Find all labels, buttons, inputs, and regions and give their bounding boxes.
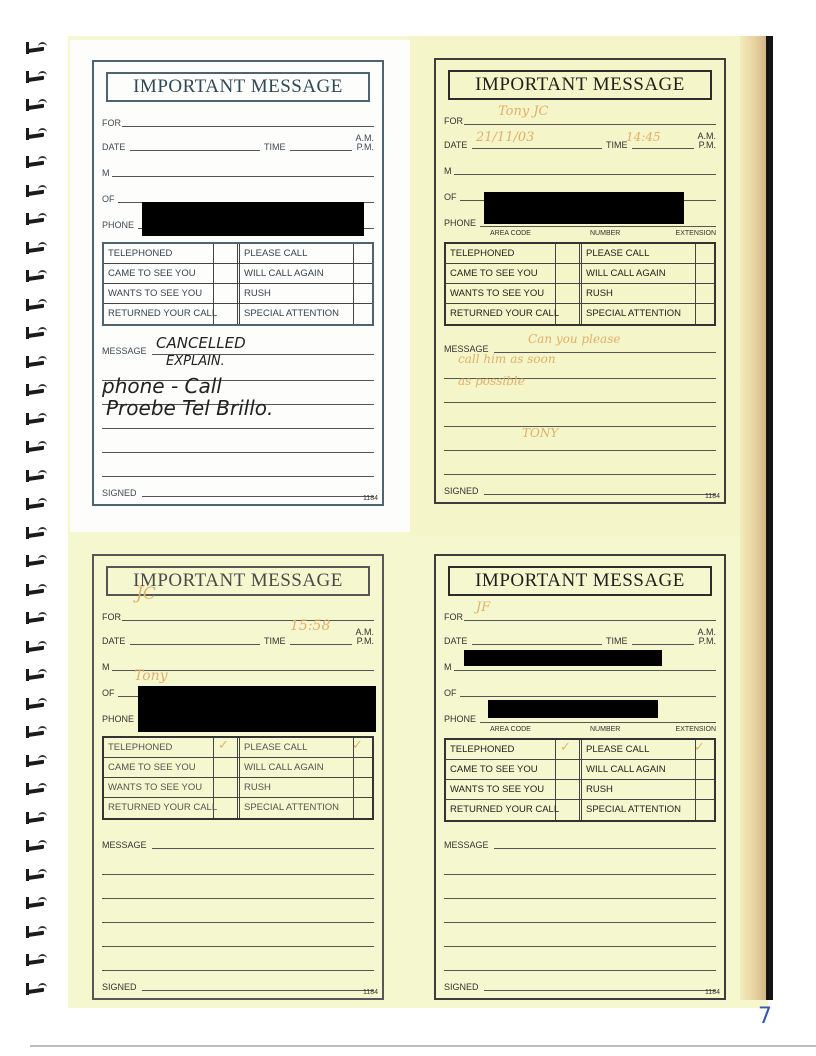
input-line-time[interactable] (290, 644, 352, 645)
spiral-binding (22, 42, 58, 1010)
spiral-coil (22, 356, 52, 370)
label-area-code: AREA CODE (490, 230, 531, 237)
spiral-coil (22, 156, 52, 170)
handwritten-message-line: phone - Call (102, 374, 222, 398)
label-of: OF (102, 688, 115, 698)
label-phone: PHONE (102, 220, 134, 230)
notebook-spine (766, 36, 773, 1000)
label-for: FOR (444, 116, 463, 126)
checkbox-special-attention[interactable] (354, 304, 372, 324)
form-title: IMPORTANT MESSAGE (106, 72, 370, 102)
handwritten-for: JF (476, 600, 490, 615)
message-ruled-line (102, 874, 374, 875)
checkbox-row: TELEPHONEDPLEASE CALL (104, 738, 372, 758)
spiral-coil (22, 584, 52, 598)
label-signed: SIGNED (102, 982, 137, 992)
checkbox-label: PLEASE CALL (582, 740, 696, 759)
message-slip-top-right: IMPORTANT MESSAGEFORDATETIMEA.M.P.M.MOFP… (434, 58, 726, 504)
message-slip-top-left: IMPORTANT MESSAGEFORDATETIMEA.M.P.M.MOFP… (92, 60, 384, 506)
label-phone: PHONE (444, 218, 476, 228)
checkbox-wants-to-see-you[interactable] (556, 780, 582, 799)
label-date: DATE (444, 636, 467, 646)
checkbox-label: RETURNED YOUR CALL (446, 304, 556, 324)
input-line-message[interactable] (152, 848, 374, 849)
checkbox-label: SPECIAL ATTENTION (582, 800, 696, 820)
checkbox-rush[interactable] (696, 780, 714, 799)
handwritten-message-line: as possible (458, 374, 525, 388)
checkbox-label: RETURNED YOUR CALL (104, 304, 214, 324)
checkbox-row: WANTS TO SEE YOURUSH (104, 778, 372, 798)
spiral-coil (22, 840, 52, 854)
label-date: DATE (444, 140, 467, 150)
message-slip-bottom-right: IMPORTANT MESSAGEFORDATETIMEA.M.P.M.MOFP… (434, 554, 726, 1000)
label-message: MESSAGE (102, 840, 147, 850)
message-ruled-line (102, 476, 374, 477)
handwritten-date: 21/11/03 (476, 130, 534, 145)
spiral-coil (22, 299, 52, 313)
input-line-of[interactable] (460, 696, 716, 697)
spiral-coil (22, 242, 52, 256)
checkbox-returned-your-call[interactable] (214, 798, 240, 818)
field-date-time: DATETIMEA.M.P.M. (444, 632, 716, 646)
input-line-for[interactable] (464, 124, 716, 125)
label-extension: EXTENSION (676, 230, 716, 237)
form-number: 1184 (363, 495, 378, 502)
redaction-bar (464, 650, 662, 666)
input-line-date[interactable] (472, 148, 602, 149)
checkbox-telephoned[interactable] (556, 244, 582, 263)
label-message: MESSAGE (444, 840, 489, 850)
spiral-coil (22, 926, 52, 940)
label-signed: SIGNED (444, 486, 479, 496)
label-time: TIME (606, 140, 628, 150)
checkbox-label: TELEPHONED (446, 244, 556, 263)
message-ruled-line (444, 402, 716, 403)
spiral-coil (22, 783, 52, 797)
checkbox-label: WANTS TO SEE YOU (446, 780, 556, 799)
message-ruled-line (444, 970, 716, 971)
message-ruled-line (102, 946, 374, 947)
label-pm: P.M. (355, 637, 374, 646)
checkbox-label: CAME TO SEE YOU (446, 760, 556, 779)
label-time: TIME (264, 636, 286, 646)
label-message: MESSAGE (102, 346, 147, 356)
am-pm-label: A.M.P.M. (697, 628, 716, 646)
checkbox-label: CAME TO SEE YOU (104, 264, 214, 283)
label-for: FOR (102, 612, 121, 622)
label-date: DATE (102, 142, 125, 152)
checkbox-returned-your-call[interactable] (556, 304, 582, 324)
checkbox-label: TELEPHONED (446, 740, 556, 759)
field-for: FOR (102, 608, 374, 622)
message-ruled-line (444, 946, 716, 947)
redaction-bar (138, 686, 376, 732)
checkbox-will-call-again[interactable] (354, 758, 372, 777)
handwritten-for: JC (136, 584, 156, 604)
message-ruled-line (444, 474, 716, 475)
checkbox-row: RETURNED YOUR CALLSPECIAL ATTENTION (104, 304, 372, 324)
checkbox-label: WANTS TO SEE YOU (446, 284, 556, 303)
status-checkbox-grid: TELEPHONEDPLEASE CALLCAME TO SEE YOUWILL… (444, 738, 716, 822)
label-m: M (102, 662, 110, 672)
checkbox-row: CAME TO SEE YOUWILL CALL AGAIN (104, 758, 372, 778)
label-time: TIME (606, 636, 628, 646)
checkbox-label: WILL CALL AGAIN (582, 760, 696, 779)
spiral-coil (22, 128, 52, 142)
label-extension: EXTENSION (676, 726, 716, 733)
scan-footer-rule (30, 1045, 816, 1047)
form-number: 1184 (705, 493, 720, 500)
input-line-signed[interactable] (484, 494, 716, 495)
spiral-coil (22, 270, 52, 284)
field-signed: SIGNED (102, 978, 374, 992)
field-signed: SIGNED (102, 484, 374, 498)
checkbox-wants-to-see-you[interactable] (214, 284, 240, 303)
spiral-coil (22, 983, 52, 997)
checkbox-label: WILL CALL AGAIN (240, 758, 354, 777)
field-message: MESSAGE (444, 836, 716, 850)
spiral-coil (22, 384, 52, 398)
message-ruled-line (444, 922, 716, 923)
checkbox-row: CAME TO SEE YOUWILL CALL AGAIN (446, 760, 714, 780)
spiral-coil (22, 413, 52, 427)
field-signed: SIGNED (444, 482, 716, 496)
checkbox-label: SPECIAL ATTENTION (240, 798, 354, 818)
spiral-coil (22, 954, 52, 968)
label-number: NUMBER (590, 726, 620, 733)
checkbox-label: WANTS TO SEE YOU (104, 284, 214, 303)
checkbox-came-to-see-you[interactable] (556, 264, 582, 283)
checkbox-came-to-see-you[interactable] (556, 760, 582, 779)
checkbox-rush[interactable] (354, 778, 372, 797)
checkbox-please-call[interactable] (354, 244, 372, 263)
checkbox-please-call[interactable] (696, 244, 714, 263)
field-for: FOR (102, 114, 374, 128)
field-date-time: DATETIMEA.M.P.M. (102, 632, 374, 646)
form-title: IMPORTANT MESSAGE (448, 566, 712, 596)
field-signed: SIGNED (444, 978, 716, 992)
checkbox-returned-your-call[interactable] (556, 800, 582, 820)
spiral-coil (22, 869, 52, 883)
checkbox-row: WANTS TO SEE YOURUSH (104, 284, 372, 304)
checkbox-row: TELEPHONEDPLEASE CALL (446, 244, 714, 264)
handwritten-message-line: EXPLAIN. (166, 354, 225, 369)
am-pm-label: A.M.P.M. (355, 628, 374, 646)
spiral-coil (22, 612, 52, 626)
spiral-coil (22, 555, 52, 569)
handwritten-time: 15:58 (290, 618, 330, 634)
input-line-for[interactable] (122, 126, 374, 127)
message-ruled-line (102, 898, 374, 899)
checkbox-label: PLEASE CALL (240, 244, 354, 263)
label-of: OF (444, 688, 457, 698)
phone-sublabels: AREA CODENUMBEREXTENSION (490, 230, 716, 240)
checkbox-label: TELEPHONED (104, 738, 214, 757)
input-line-time[interactable] (632, 644, 694, 645)
handwritten-message-line: call him as soon (458, 352, 556, 366)
input-line-m[interactable] (454, 670, 716, 671)
spiral-coil (22, 897, 52, 911)
redaction-bar (484, 192, 684, 224)
checkmark-icon: ✓ (218, 738, 229, 753)
message-ruled-line (102, 452, 374, 453)
input-line-phone[interactable] (480, 226, 716, 227)
checkbox-returned-your-call[interactable] (214, 304, 240, 324)
checkmark-icon: ✓ (352, 738, 363, 753)
checkbox-special-attention[interactable] (354, 798, 372, 818)
input-line-message[interactable] (494, 848, 716, 849)
checkbox-wants-to-see-you[interactable] (214, 778, 240, 797)
input-line-date[interactable] (130, 644, 260, 645)
label-of: OF (444, 192, 457, 202)
phone-sublabels: AREA CODENUMBEREXTENSION (490, 726, 716, 736)
checkbox-will-call-again[interactable] (696, 264, 714, 283)
spiral-coil (22, 185, 52, 199)
input-line-for[interactable] (122, 620, 374, 621)
input-line-m[interactable] (454, 174, 716, 175)
handwritten-time: 14:45 (626, 130, 661, 144)
input-line-time[interactable] (290, 150, 352, 151)
label-signed: SIGNED (102, 488, 137, 498)
checkbox-label: RUSH (582, 284, 696, 303)
handwritten-message-line: TONY (522, 426, 558, 440)
handwritten-for: Tony JC (498, 104, 549, 119)
handwritten-message-line: CANCELLED (156, 334, 246, 352)
status-checkbox-grid: TELEPHONEDPLEASE CALLCAME TO SEE YOUWILL… (102, 736, 374, 820)
message-ruled-line (444, 874, 716, 875)
label-m: M (102, 168, 110, 178)
spiral-coil (22, 470, 52, 484)
status-checkbox-grid: TELEPHONEDPLEASE CALLCAME TO SEE YOUWILL… (444, 242, 716, 326)
field-date-time: DATETIMEA.M.P.M. (102, 138, 374, 152)
spiral-coil (22, 213, 52, 227)
checkbox-wants-to-see-you[interactable] (556, 284, 582, 303)
spiral-coil (22, 755, 52, 769)
checkbox-came-to-see-you[interactable] (214, 758, 240, 777)
input-line-time[interactable] (632, 148, 694, 149)
label-for: FOR (444, 612, 463, 622)
checkbox-label: WILL CALL AGAIN (240, 264, 354, 283)
message-ruled-line (102, 428, 374, 429)
checkbox-label: RETURNED YOUR CALL (104, 798, 214, 818)
checkbox-label: PLEASE CALL (582, 244, 696, 263)
message-ruled-line (102, 970, 374, 971)
label-signed: SIGNED (444, 982, 479, 992)
spiral-coil (22, 698, 52, 712)
input-line-signed[interactable] (142, 990, 374, 991)
spiral-coil (22, 327, 52, 341)
checkbox-row: WANTS TO SEE YOURUSH (446, 780, 714, 800)
am-pm-label: A.M.P.M. (355, 134, 374, 152)
checkbox-label: SPECIAL ATTENTION (582, 304, 696, 324)
form-number: 1184 (363, 989, 378, 996)
checkbox-special-attention[interactable] (696, 800, 714, 820)
checkbox-label: RUSH (240, 778, 354, 797)
label-time: TIME (264, 142, 286, 152)
field-message: MESSAGE (102, 836, 374, 850)
checkbox-row: CAME TO SEE YOUWILL CALL AGAIN (104, 264, 372, 284)
redaction-bar (142, 202, 364, 236)
label-phone: PHONE (444, 714, 476, 724)
label-number: NUMBER (590, 230, 620, 237)
checkbox-label: RETURNED YOUR CALL (446, 800, 556, 820)
handwritten-message-line: Proebe Tel Brillo. (106, 396, 273, 420)
input-line-date[interactable] (130, 150, 260, 151)
checkbox-will-call-again[interactable] (696, 760, 714, 779)
message-slip-bottom-left: IMPORTANT MESSAGEFORDATETIMEA.M.P.M.MOFP… (92, 554, 384, 1000)
field-m: M (102, 164, 374, 178)
spiral-coil (22, 641, 52, 655)
message-ruled-line (444, 898, 716, 899)
spiral-coil (22, 527, 52, 541)
input-line-phone[interactable] (480, 722, 716, 723)
status-checkbox-grid: TELEPHONEDPLEASE CALLCAME TO SEE YOUWILL… (102, 242, 374, 326)
form-title: IMPORTANT MESSAGE (448, 70, 712, 100)
field-of: OF (444, 684, 716, 698)
spiral-coil (22, 669, 52, 683)
form-number: 1184 (705, 989, 720, 996)
spiral-coil (22, 441, 52, 455)
message-ruled-line (444, 426, 716, 427)
checkbox-row: TELEPHONEDPLEASE CALL (104, 244, 372, 264)
checkbox-rush[interactable] (696, 284, 714, 303)
label-pm: P.M. (697, 637, 716, 646)
field-m: M (444, 162, 716, 176)
checkbox-label: TELEPHONED (104, 244, 214, 263)
spiral-coil (22, 498, 52, 512)
checkbox-label: SPECIAL ATTENTION (240, 304, 354, 324)
checkmark-icon: ✓ (694, 740, 705, 755)
checkbox-label: RUSH (240, 284, 354, 303)
message-ruled-line (444, 450, 716, 451)
input-line-date[interactable] (472, 644, 602, 645)
field-for: FOR (444, 112, 716, 126)
checkbox-label: RUSH (582, 780, 696, 799)
input-line-signed[interactable] (142, 496, 374, 497)
checkbox-row: RETURNED YOUR CALLSPECIAL ATTENTION (104, 798, 372, 818)
label-for: FOR (102, 118, 121, 128)
checkbox-label: WILL CALL AGAIN (582, 264, 696, 283)
checkbox-row: WANTS TO SEE YOURUSH (446, 284, 714, 304)
checkbox-label: PLEASE CALL (240, 738, 354, 757)
spiral-coil (22, 99, 52, 113)
checkbox-label: WANTS TO SEE YOU (104, 778, 214, 797)
label-of: OF (102, 194, 115, 204)
handwritten-of: Tony (134, 668, 168, 684)
message-ruled-line (102, 922, 374, 923)
label-pm: P.M. (697, 141, 716, 150)
checkbox-will-call-again[interactable] (354, 264, 372, 283)
label-date: DATE (102, 636, 125, 646)
label-m: M (444, 166, 452, 176)
redaction-bar (488, 700, 658, 718)
checkbox-rush[interactable] (354, 284, 372, 303)
checkbox-telephoned[interactable] (214, 244, 240, 263)
checkbox-special-attention[interactable] (696, 304, 714, 324)
checkbox-label: CAME TO SEE YOU (446, 264, 556, 283)
checkbox-row: TELEPHONEDPLEASE CALL (446, 740, 714, 760)
input-line-m[interactable] (112, 176, 374, 177)
checkbox-came-to-see-you[interactable] (214, 264, 240, 283)
checkbox-row: RETURNED YOUR CALLSPECIAL ATTENTION (446, 304, 714, 324)
input-line-for[interactable] (464, 620, 716, 621)
checkbox-row: CAME TO SEE YOUWILL CALL AGAIN (446, 264, 714, 284)
am-pm-label: A.M.P.M. (697, 132, 716, 150)
spiral-coil (22, 42, 52, 56)
label-m: M (444, 662, 452, 672)
checkmark-icon: ✓ (560, 740, 571, 755)
spiral-coil (22, 71, 52, 85)
label-area-code: AREA CODE (490, 726, 531, 733)
input-line-signed[interactable] (484, 990, 716, 991)
spiral-coil (22, 726, 52, 740)
checkbox-label: CAME TO SEE YOU (104, 758, 214, 777)
page-number: 7 (758, 1004, 772, 1029)
spiral-coil (22, 812, 52, 826)
label-phone: PHONE (102, 714, 134, 724)
stacked-page-edges (740, 36, 766, 1000)
handwritten-message-line: Can you please (528, 332, 620, 346)
checkbox-row: RETURNED YOUR CALLSPECIAL ATTENTION (446, 800, 714, 820)
label-pm: P.M. (355, 143, 374, 152)
